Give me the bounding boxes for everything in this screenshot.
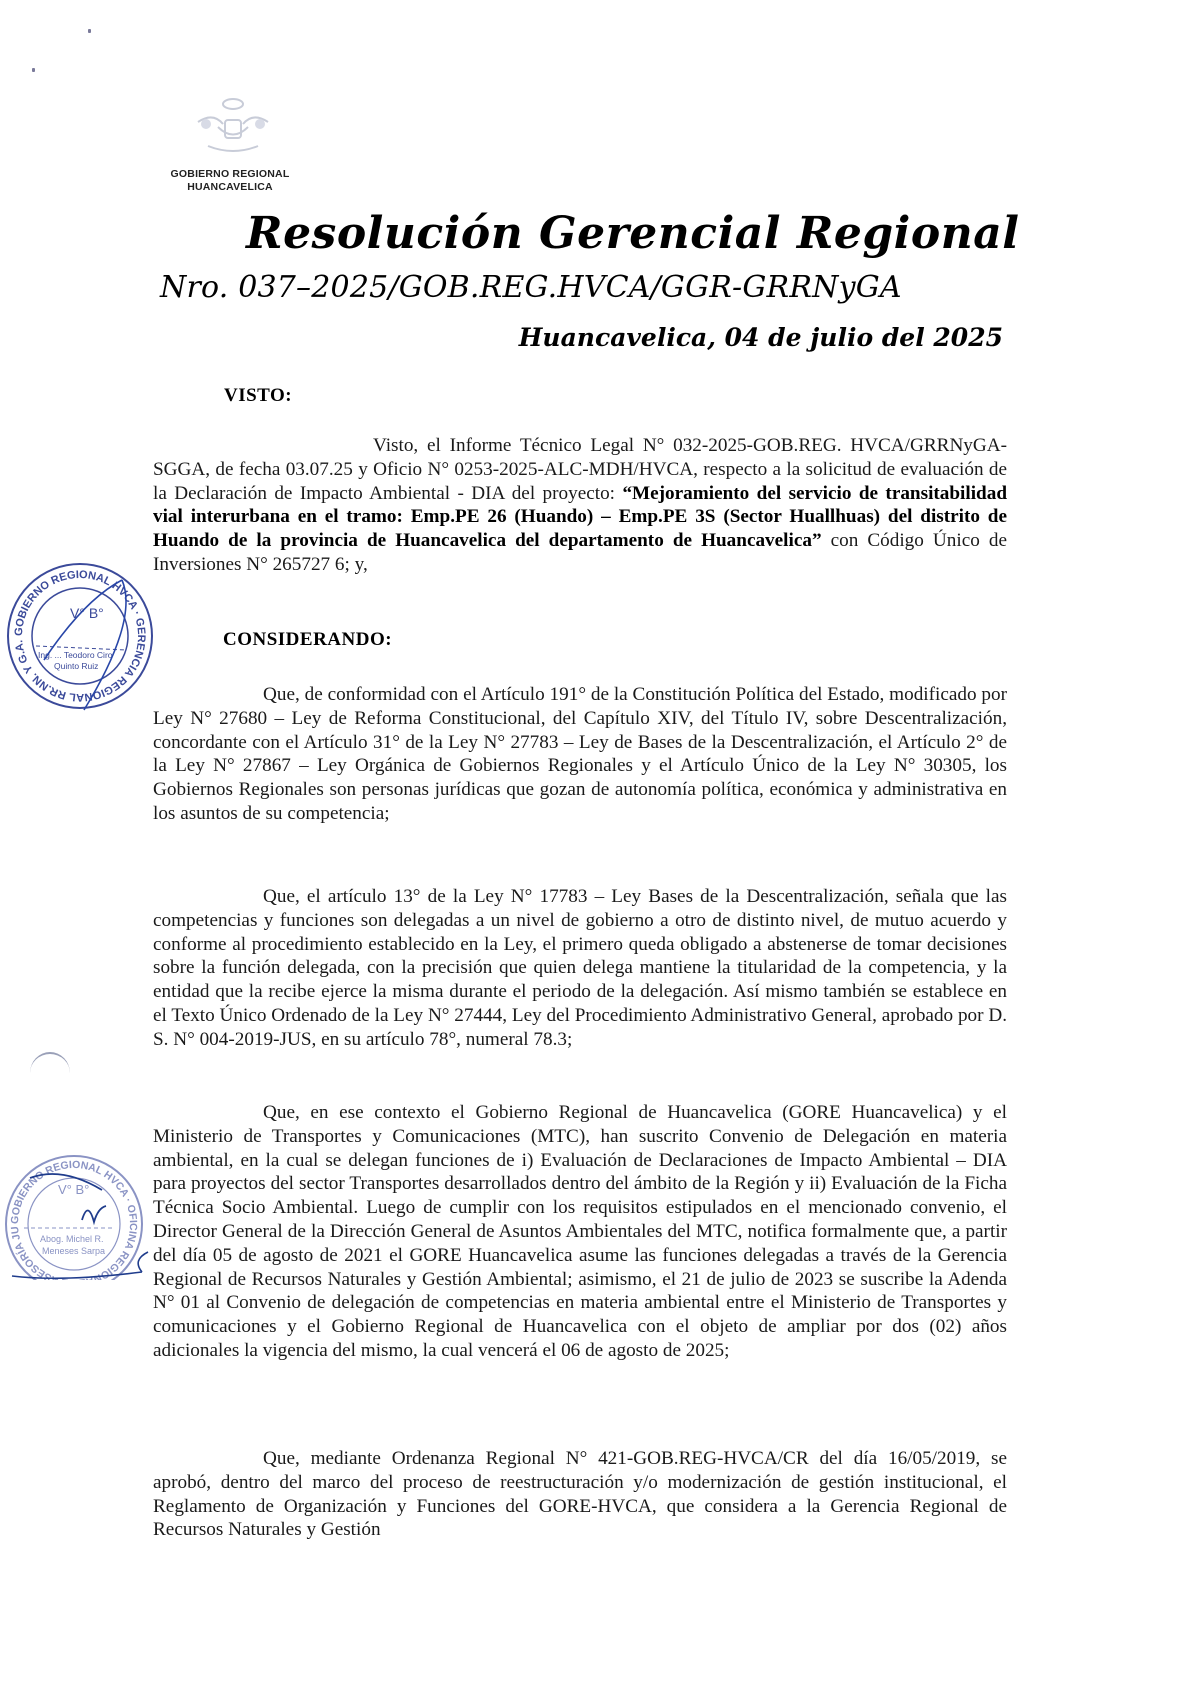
svg-text:Abog. Michel R.: Abog. Michel R. — [40, 1234, 104, 1244]
paragraph-text: Que, mediante Ordenanza Regional N° 421-… — [153, 1448, 1007, 1540]
institution-name: GOBIERNO REGIONAL HUANCAVELICA — [150, 168, 310, 194]
svg-text:Quinto Ruiz: Quinto Ruiz — [54, 661, 98, 671]
svg-text:V° B°: V° B° — [58, 1182, 89, 1197]
punch-hole-mark — [30, 1052, 70, 1094]
considerando-paragraph: Que, el artículo 13° de la Ley N° 17783 … — [153, 885, 1007, 1052]
scan-speck — [88, 29, 91, 33]
visto-heading: VISTO: — [224, 385, 292, 407]
resolution-number: Nro. 037–2025/GOB.REG.HVCA/GGR-GRRNyGA — [160, 270, 902, 305]
svg-text:Meneses Sarpa: Meneses Sarpa — [42, 1246, 105, 1256]
paragraph-text: Que, en ese contexto el Gobierno Regiona… — [153, 1102, 1007, 1361]
approval-stamp-icon: GOBIERNO REGIONAL HVCA · GERENCIA REGION… — [4, 560, 156, 712]
place-and-date: Huancavelica, 04 de julio del 2025 — [519, 323, 1003, 352]
considerando-heading: CONSIDERANDO: — [223, 629, 392, 651]
document-title: Resolución Gerencial Regional — [246, 208, 1019, 259]
legal-approval-stamp-icon: GOBIERNO REGIONAL HVCA · OFICINA REGIONA… — [2, 1148, 164, 1280]
paragraph-text: Que, de conformidad con el Artículo 191°… — [153, 684, 1007, 824]
paragraph-text: Que, el artículo 13° de la Ley N° 17783 … — [153, 886, 1007, 1050]
scan-speck — [32, 68, 35, 72]
considerando-paragraph: Que, mediante Ordenanza Regional N° 421-… — [153, 1447, 1007, 1542]
considerando-paragraph: Que, de conformidad con el Artículo 191°… — [153, 683, 1007, 826]
institution-line-2: HUANCAVELICA — [150, 181, 310, 194]
visto-paragraph: Visto, el Informe Técnico Legal N° 032-2… — [153, 434, 1007, 577]
coat-of-arms-icon — [178, 82, 288, 160]
institution-line-1: GOBIERNO REGIONAL — [150, 168, 310, 181]
considerando-paragraph: Que, en ese contexto el Gobierno Regiona… — [153, 1101, 1007, 1363]
